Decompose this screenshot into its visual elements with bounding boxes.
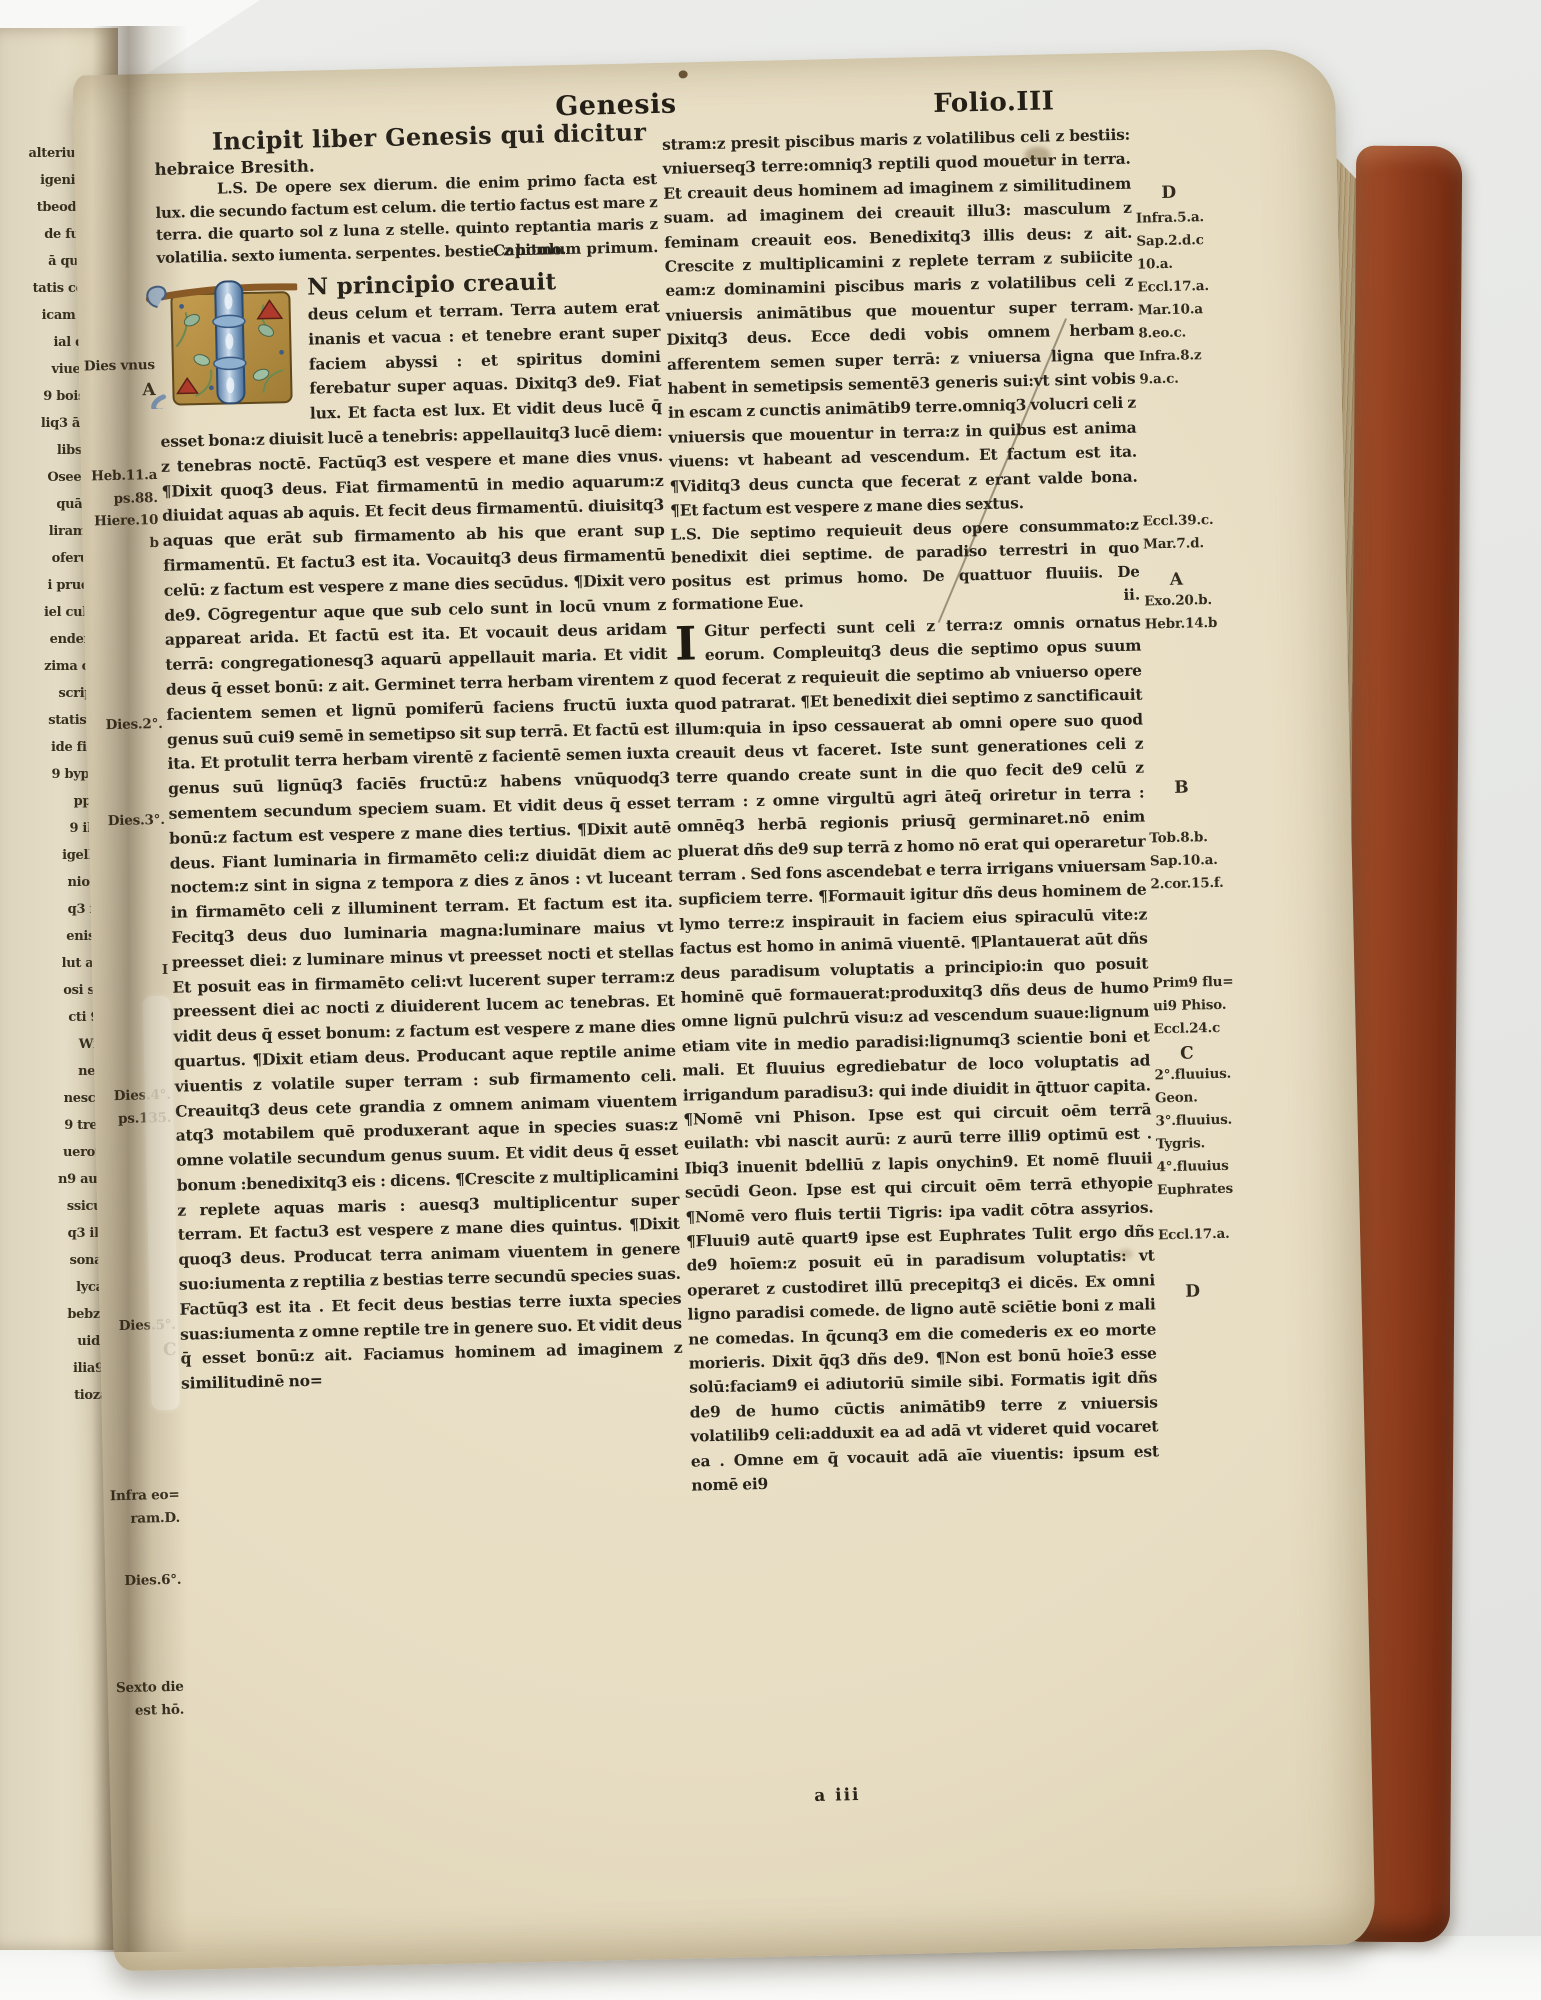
- recto-page: Genesis Folio.III Incipit liber Genesis …: [73, 48, 1376, 1971]
- genesis-chapter1-block: I N principio creauit deus celum et terr…: [157, 264, 683, 1397]
- margin-note: Infra.5.a.: [1136, 208, 1254, 227]
- margin-note: Mar.10.a: [1138, 300, 1256, 319]
- chapter1-body-text: deus celum et terram. Terra autem erat i…: [158, 295, 684, 1397]
- margin-note: 2.cor.15.f.: [1150, 874, 1268, 893]
- chapter2-continuation: opus suum quod fecerat z requieuit die s…: [674, 637, 1159, 1495]
- margin-note: Dies.6°.: [99, 1572, 181, 1590]
- margin-note: ram.D.: [98, 1510, 180, 1528]
- margin-note: A: [73, 379, 181, 401]
- margin-note: Eccl.24.c: [1153, 1019, 1271, 1038]
- margin-note: 9.a.c.: [1139, 369, 1257, 388]
- text-fragment-line: ilia9.: [6, 1355, 108, 1382]
- margin-note: Eccl.17.a.: [1137, 277, 1255, 296]
- margin-note: Sap.10.a.: [1150, 851, 1268, 870]
- margin-note: b: [77, 535, 159, 553]
- running-head-folio-number: Folio.III: [933, 86, 1055, 119]
- genesis-chapter2-block: I Gitur perfecti sunt celi z terra:z omn…: [673, 609, 1160, 1498]
- chapter1-continuation: lux. Et facta est lux. Et vidit deus luc…: [160, 396, 682, 1393]
- chapter2-body-text: Gitur perfecti sunt celi z terra:z omnis…: [673, 609, 1160, 1498]
- margin-note: Heb.11.a: [75, 467, 157, 485]
- margin-note: D: [1135, 180, 1279, 203]
- margin-note: Sap.2.d.c: [1136, 231, 1254, 250]
- margin-note: I: [86, 962, 168, 980]
- margin-note: Prim9 flu=: [1152, 973, 1270, 992]
- margin-note: 8.eo.c.: [1138, 323, 1256, 342]
- photo-of-open-incunable-book: alterius meigenis metbeodoti 9de fueratā…: [0, 0, 1541, 2000]
- margin-note: 2°.fluuius.: [1154, 1065, 1272, 1084]
- margin-note: Exo.20.b.: [1144, 591, 1262, 610]
- margin-note: Dies.3°.: [83, 812, 165, 830]
- margin-note: Mar.7.d.: [1143, 534, 1261, 553]
- margin-note: 10.a.: [1137, 254, 1255, 273]
- margin-note: A: [1144, 567, 1288, 590]
- margin-note: ps.88.: [76, 490, 158, 508]
- margin-note: Eccl.17.a.: [1158, 1225, 1276, 1244]
- margin-note: est hō.: [102, 1702, 184, 1720]
- margin-note: Sexto die: [102, 1679, 184, 1697]
- text-fragment-line: tioza: [6, 1382, 108, 1409]
- margin-note: Dies.2°.: [81, 716, 163, 734]
- margin-note: Infra.8.z: [1139, 346, 1257, 365]
- printed-initial-I: I: [673, 619, 706, 665]
- quire-signature: a iii: [814, 1785, 861, 1806]
- margin-note: Hebr.14.b: [1145, 614, 1263, 633]
- chapter1-opening-rest: deus celum et terram. Terra autem erat i…: [308, 297, 662, 398]
- margin-note: 4°.fluuius: [1156, 1157, 1274, 1176]
- margin-note: Dies vnus: [73, 357, 155, 375]
- margin-note: Tygris.: [1156, 1134, 1274, 1153]
- margin-note: Tob.8.b.: [1149, 828, 1267, 847]
- margin-note: D: [1159, 1279, 1303, 1302]
- margin-note: Infra eo=: [97, 1487, 179, 1505]
- text-fragment-line: uida: [6, 1328, 108, 1355]
- margin-note: Hiere.10: [76, 512, 158, 530]
- margin-note: C: [94, 1339, 202, 1361]
- right-marginalia-column: DInfra.5.a.Sap.2.d.c10.a.Eccl.17.a.Mar.1…: [1132, 50, 1291, 1948]
- margin-note: ui9 Phiso.: [1153, 996, 1271, 1015]
- margin-note: B: [1148, 775, 1292, 798]
- margin-note: 3°.fluuius.: [1155, 1111, 1273, 1130]
- margin-note: Euphrates: [1157, 1180, 1275, 1199]
- margin-note: C: [1154, 1041, 1298, 1064]
- left-text-column: Incipit liber Genesis qui dicitur hebrai…: [154, 117, 684, 1397]
- chapter1-body-end: stram:z presit piscibus maris z volatili…: [662, 123, 1138, 524]
- margin-note: Geon.: [1155, 1088, 1273, 1107]
- right-text-column: stram:z presit piscibus maris z volatili…: [662, 123, 1160, 1498]
- ink-spot: [679, 70, 688, 78]
- margin-note: Eccl.39.c.: [1142, 511, 1260, 530]
